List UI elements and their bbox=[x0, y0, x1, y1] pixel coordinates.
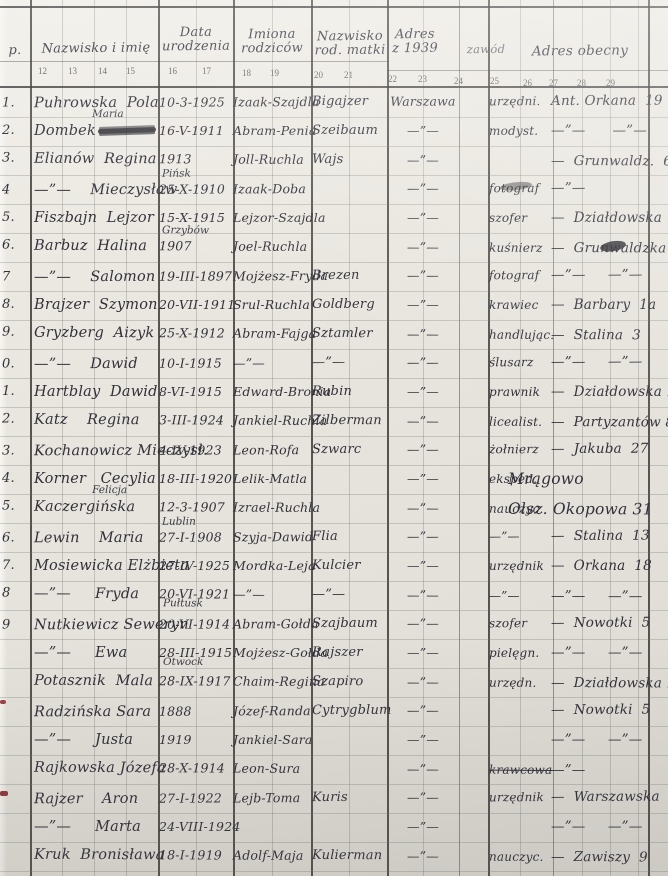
table-row: 9Nutkiewicz Seweryn20-VI-1914Abram-Gołda… bbox=[0, 609, 668, 641]
header-current-address: Adres obecny bbox=[514, 43, 646, 58]
cell-a39: —”— bbox=[388, 757, 458, 781]
table-row: 6.Barbuz Halina1907Joel-Ruchla—”—kuśnier… bbox=[0, 232, 668, 264]
cell-date: 3-III-1924 bbox=[159, 408, 224, 432]
cell-occ: urzędn. bbox=[489, 671, 537, 695]
cell-parents: Lejb-Toma bbox=[233, 786, 300, 810]
cell-num: 6. bbox=[2, 234, 15, 258]
table-row: Kruk Bronisława18-I-1919Adolf-MajaKulier… bbox=[0, 841, 668, 873]
cell-mother: Rajszer bbox=[312, 641, 363, 665]
cell-parents: Szyja-Dawid bbox=[233, 525, 313, 549]
cell-a39: —”— bbox=[388, 437, 458, 461]
cell-a39: —”— bbox=[388, 641, 458, 665]
cell-num: 3. bbox=[2, 147, 15, 171]
cell-addr: —”— —”— bbox=[551, 263, 643, 287]
cell-a39: —”— bbox=[388, 844, 458, 868]
horizontal-rule bbox=[0, 61, 388, 62]
column-number: 19 bbox=[270, 68, 279, 78]
birthplace-annotation: Grzybów bbox=[162, 224, 209, 236]
cell-mother: Kuris bbox=[312, 786, 348, 810]
cell-num: 4. bbox=[2, 467, 15, 491]
cell-parents: —”— bbox=[233, 351, 265, 375]
column-number: 23 bbox=[418, 74, 427, 84]
header-surname-name: Nazwisko i imię bbox=[34, 41, 158, 56]
cell-occ: ślusarz bbox=[489, 350, 534, 374]
table-row: 8—”— Fryda20-VI-1921—”——”——”——”——”— —”—P… bbox=[0, 580, 668, 612]
header-parents-names: Imiona rodziców bbox=[235, 28, 309, 57]
cell-occ: —”— bbox=[489, 584, 520, 608]
birthplace-annotation: Pułtusk bbox=[163, 597, 203, 609]
cell-a39: —”— bbox=[388, 554, 458, 578]
table-row: Radzińska Sara1888Józef-RandaCytrygblum—… bbox=[0, 696, 668, 728]
table-row: 7—”— Salomon19-III-1897Mojżesz-FrydaBrez… bbox=[0, 261, 668, 293]
cell-addr: — Nowotki 5 bbox=[551, 698, 651, 722]
cell-occ: urzędnik bbox=[489, 554, 544, 578]
cell-name: Rajkowska Józefa bbox=[34, 756, 166, 781]
column-number: 12 bbox=[38, 66, 47, 76]
table-row: 7.Mosiewicka Elżbieta27-IV-1925Mordka-Le… bbox=[0, 552, 668, 581]
cell-date: 25-X-1912 bbox=[159, 321, 225, 345]
cell-mother: Rubin bbox=[312, 380, 352, 404]
cell-name: Fiszbajn Lejzor bbox=[34, 206, 154, 230]
cell-mother: Szwarc bbox=[312, 438, 361, 462]
header-address-1939: Adres z 1939 bbox=[392, 28, 438, 56]
cell-mother: Kulierman bbox=[312, 844, 382, 868]
cell-a39: —”— bbox=[388, 728, 458, 752]
cell-name: Radzińska Sara bbox=[34, 700, 151, 725]
cell-date: 18-III-1920 bbox=[159, 467, 232, 491]
table-row: 5.Kaczergińska12-3-1907Izrael-Ruchla—”—n… bbox=[0, 493, 668, 525]
cell-num: 2. bbox=[2, 119, 15, 143]
cell-parents: Lejzor-Szajdla bbox=[233, 206, 326, 230]
cell-parents: Srul-Ruchla bbox=[233, 293, 310, 317]
cell-occ: prawnik bbox=[489, 380, 540, 404]
cell-addr: —”— —”— bbox=[551, 728, 642, 752]
cell-a39: —”— bbox=[388, 350, 458, 374]
table-row: 5.Fiszbajn Lejzor15-X-1915Lejzor-Szajdla… bbox=[0, 204, 668, 233]
cell-addr: — Grunwaldz. 6 bbox=[551, 149, 668, 174]
cell-name: —”— Ewa bbox=[34, 641, 127, 665]
cell-a39: —”— bbox=[388, 467, 458, 491]
cell-a39: —”— bbox=[388, 698, 458, 722]
cell-addr: — Orkana 18 bbox=[551, 554, 652, 578]
cell-parents: Adolf-Maja bbox=[233, 844, 304, 868]
cell-name: Potasznik Mala bbox=[34, 669, 153, 694]
cell-occ: krawiec bbox=[489, 293, 539, 317]
cell-date: 1888 bbox=[159, 700, 192, 724]
table-row: Rajzer Aron27-I-1922Lejb-TomaKuris—”—urz… bbox=[0, 783, 668, 815]
cell-num: 9 bbox=[2, 613, 11, 637]
cell-a39: —”— bbox=[388, 815, 458, 839]
cell-num: 8 bbox=[2, 582, 11, 606]
column-number: 14 bbox=[98, 66, 107, 76]
cell-name: Elianów Regina bbox=[34, 147, 157, 172]
cell-a39: —”— bbox=[388, 263, 458, 287]
cell-name: Kruk Bronisława bbox=[34, 843, 165, 868]
cell-occ: krawcowa bbox=[489, 758, 553, 782]
column-number: 18 bbox=[242, 68, 251, 78]
cell-name: Rajzer Aron bbox=[34, 787, 138, 811]
cell-date: 18-I-1919 bbox=[159, 843, 222, 867]
cell-mother: Bigajzer bbox=[312, 90, 368, 114]
cell-date: 1919 bbox=[159, 728, 192, 752]
cell-addr: — Jakuba 27 bbox=[551, 437, 649, 461]
cell-addr: — Działdowska 18 bbox=[551, 380, 668, 404]
cell-name: Barbuz Halina bbox=[34, 234, 147, 258]
cell-addr: —”— —”— bbox=[551, 584, 643, 608]
crossed-out-scribble bbox=[98, 127, 156, 134]
cell-parents: Mordka-Leja bbox=[233, 554, 316, 578]
cell-a39: —”— bbox=[388, 785, 458, 809]
cell-name: —”— Fryda bbox=[34, 582, 139, 606]
cell-addr: — Warszawska bbox=[551, 785, 660, 809]
cell-a39: —”— bbox=[388, 235, 458, 259]
cell-name: —”— Dawid bbox=[34, 352, 138, 376]
column-number: 24 bbox=[454, 76, 463, 86]
cell-mother: Cytrygblum bbox=[312, 699, 392, 723]
cell-parents: Izrael-Ruchla bbox=[233, 496, 320, 520]
cell-a39: —”— bbox=[388, 148, 458, 172]
cell-date: 10-I-1915 bbox=[159, 351, 222, 375]
cell-occ: modyst. bbox=[489, 119, 538, 143]
name-annotation: Felicja bbox=[92, 484, 127, 496]
cell-mother: Wajs bbox=[312, 148, 344, 172]
register-page: p. Nazwisko i imię Data urodzenia Imiona… bbox=[0, 0, 668, 876]
cell-num: 3. bbox=[2, 439, 15, 463]
cell-addr: Ant. Orkana 19 bbox=[551, 89, 663, 113]
cell-name: Gryzberg Aizyk bbox=[34, 321, 154, 346]
cell-date: 24-VIII-1924 bbox=[159, 815, 241, 839]
horizontal-rule bbox=[0, 6, 668, 8]
table-row: 2.Dombek16-V-1911Abram-PeniaSzeibaum—”—m… bbox=[0, 117, 668, 146]
cell-num: 1. bbox=[2, 380, 15, 404]
header-col-no-label: p. bbox=[2, 44, 28, 58]
cell-a39: —”— bbox=[388, 176, 458, 200]
cell-occ: szofer bbox=[489, 206, 527, 230]
cell-name: Dombek bbox=[34, 119, 96, 143]
cell-occ: żołnierz bbox=[489, 437, 539, 461]
cell-addr: — Działdowska 4 bbox=[551, 206, 668, 230]
cell-a39: —”— bbox=[388, 322, 458, 346]
cell-num: 7. bbox=[2, 554, 15, 578]
cell-occ: nauczyc. bbox=[489, 845, 544, 869]
cell-mother: Flia bbox=[312, 525, 338, 549]
cell-a39: —”— bbox=[388, 670, 458, 694]
cell-num: 2. bbox=[2, 408, 15, 432]
cell-addr: — Partyzantów 84 bbox=[551, 410, 668, 435]
cell-date: 10-3-1925 bbox=[159, 90, 225, 114]
cell-name: —”— Salomon bbox=[34, 265, 156, 290]
cell-num: 5. bbox=[2, 206, 15, 230]
cell-addr: — Nowotki 5 bbox=[551, 611, 651, 635]
table-row: —”— Marta24-VIII-1924—”——”— —”— bbox=[0, 813, 668, 842]
table-row: 6.Lewin Maria27-I-1908Szyja-DawidFlia—”—… bbox=[0, 522, 668, 554]
cell-parents: Izaak-Doba bbox=[233, 177, 306, 201]
cell-mother: Szajbaum bbox=[312, 612, 378, 636]
cell-date: 8-VI-1915 bbox=[159, 380, 222, 404]
cell-addr: —”— —”— bbox=[551, 815, 642, 839]
cell-date: 20-VII-1911 bbox=[159, 293, 235, 317]
cell-mother: Sztamler bbox=[312, 322, 373, 346]
cell-name: Kaczergińska bbox=[34, 495, 135, 519]
cell-num: 6. bbox=[2, 526, 15, 550]
cell-occ: urzędni. bbox=[489, 89, 541, 113]
cell-occ: kuśnierz bbox=[489, 236, 543, 260]
cell-occ: —”— bbox=[489, 524, 520, 548]
cell-mother: Kulcier bbox=[312, 554, 361, 578]
column-number: 17 bbox=[202, 66, 211, 76]
cell-addr: Mrągowo bbox=[508, 467, 666, 491]
cell-a39: —”— bbox=[388, 496, 458, 520]
table-row: 0.—”— Dawid10-I-1915—”——”——”—ślusarz—”— … bbox=[0, 348, 668, 380]
column-number: 20 bbox=[314, 70, 323, 80]
table-row: —”— Ewa28-III-1915Mojżesz-GołdaRajszer—”… bbox=[0, 639, 668, 668]
cell-mother: Szapiro bbox=[312, 670, 364, 694]
cell-parents: Joel-Ruchla bbox=[233, 235, 307, 259]
birthplace-annotation: Otwock bbox=[163, 656, 203, 668]
red-ink-mark bbox=[0, 791, 8, 796]
horizontal-rule bbox=[388, 70, 668, 71]
table-row: 4—”— Mieczysław25-X-1910Izaak-Doba—”—fot… bbox=[0, 174, 668, 206]
red-ink-mark bbox=[0, 700, 6, 704]
cell-addr: —”— bbox=[551, 176, 586, 200]
table-row: 8.Brajzer Szymon20-VII-1911Srul-RuchlaGo… bbox=[0, 291, 668, 320]
cell-parents: Joll-Ruchla bbox=[233, 148, 304, 172]
cell-addr: — Stalina 13 bbox=[551, 524, 650, 548]
cell-occ: handlując. bbox=[489, 323, 554, 347]
table-row: Potasznik Mala28-IX-1917Chaim-ReginaSzap… bbox=[0, 667, 668, 699]
cell-occ: pielęgn. bbox=[489, 641, 539, 665]
cell-mother: —”— bbox=[312, 351, 345, 375]
header-mother-surname: Nazwisko rod. matki bbox=[312, 30, 388, 59]
cell-date: 1907 bbox=[159, 234, 192, 258]
cell-num: 7 bbox=[2, 265, 11, 289]
birthplace-annotation: Lublin bbox=[162, 516, 196, 528]
cell-addr: — Działdowska 14 bbox=[551, 671, 668, 696]
cell-name: —”— Marta bbox=[34, 815, 141, 839]
cell-a39: —”— bbox=[388, 293, 458, 317]
cell-date: 27-I-1908 bbox=[159, 525, 222, 549]
cell-parents: Leon-Sura bbox=[233, 757, 300, 781]
cell-name: Lewin Maria bbox=[34, 526, 144, 550]
cell-a39: Warszawa bbox=[388, 89, 458, 113]
cell-addr: —”— bbox=[551, 758, 586, 782]
cell-num: 4 bbox=[2, 178, 11, 202]
cell-a39: —”— bbox=[388, 206, 458, 230]
name-annotation: Maria bbox=[92, 108, 124, 120]
cell-addr: Olsz. Okopowa 31 bbox=[508, 497, 666, 522]
cell-parents: Lelik-Matla bbox=[233, 467, 307, 491]
cell-addr: —”— —”— bbox=[551, 350, 643, 374]
cell-num: 1. bbox=[2, 91, 15, 115]
column-number: 15 bbox=[126, 66, 135, 76]
cell-name: Katz Regina bbox=[34, 408, 140, 432]
cell-parents: Józef-Randa bbox=[233, 699, 311, 723]
cell-date: 19-III-1897 bbox=[159, 264, 232, 288]
cell-addr: — Stalina 3 bbox=[551, 323, 641, 347]
cell-date: 20-VI-1914 bbox=[159, 612, 230, 636]
cell-name: Brajzer Szymon bbox=[34, 293, 158, 317]
cell-mother: Goldberg bbox=[312, 293, 375, 317]
cell-date: 28-X-1914 bbox=[159, 756, 225, 780]
cell-a39: —”— bbox=[388, 409, 458, 433]
table-row: Rajkowska Józefa28-X-1914Leon-Sura—”—kra… bbox=[0, 754, 668, 786]
cell-num: 8. bbox=[2, 293, 15, 317]
column-number: 25 bbox=[490, 76, 499, 86]
cell-mother: Zilberman bbox=[312, 409, 382, 433]
cell-addr: — Zawiszy 9 bbox=[551, 845, 648, 869]
column-number: 13 bbox=[68, 66, 77, 76]
cell-a39: —”— bbox=[388, 119, 458, 143]
table-row: 3.Kochanowicz Mieczysł.4-IV-1923Leon-Rof… bbox=[0, 435, 668, 467]
table-row: —”— Justa1919Jankiel-Sara—”——”— —”— bbox=[0, 726, 668, 755]
cell-occ: licealist. bbox=[489, 410, 542, 434]
cell-date: 28-IX-1917 bbox=[159, 669, 231, 693]
cell-a39: —”— bbox=[388, 380, 458, 404]
column-number: 16 bbox=[168, 66, 177, 76]
table-row: 9.Gryzberg Aizyk25-X-1912Abram-FajgaSzta… bbox=[0, 319, 668, 351]
cell-date: 25-X-1910 bbox=[159, 177, 225, 201]
cell-date: 27-IV-1925 bbox=[159, 554, 230, 578]
cell-parents: Abram-Penia bbox=[233, 119, 316, 143]
cell-mother: Brezen bbox=[312, 264, 360, 288]
table-row: 2.Katz Regina3-III-1924Jankiel-RuchlaZil… bbox=[0, 406, 668, 438]
header-occupation: zawód bbox=[462, 42, 510, 57]
cell-a39: —”— bbox=[388, 583, 458, 607]
cell-num: 0. bbox=[2, 352, 15, 376]
cell-addr: —”— —”— bbox=[551, 641, 642, 665]
cell-date: 16-V-1911 bbox=[159, 119, 224, 143]
birthplace-annotation: Pińsk bbox=[162, 168, 191, 180]
cell-name: —”— Mieczysław bbox=[34, 178, 178, 203]
cell-addr: — Barbary 1a bbox=[551, 293, 656, 317]
table-row: 1.Hartblay Dawid8-VI-1915Edward-BroniaRu… bbox=[0, 378, 668, 407]
cell-addr: —”— —”— bbox=[551, 119, 647, 143]
column-number: 21 bbox=[344, 70, 353, 80]
cell-name: —”— Justa bbox=[34, 728, 133, 752]
cell-mother: Szeibaum bbox=[312, 119, 378, 143]
cell-parents: —”— bbox=[233, 583, 265, 607]
cell-parents: Jankiel-Sara bbox=[233, 728, 313, 752]
cell-mother: —”— bbox=[312, 583, 345, 607]
cell-name: Hartblay Dawid bbox=[34, 380, 158, 404]
cell-parents: Leon-Rofa bbox=[233, 438, 299, 462]
cell-date: 27-I-1922 bbox=[159, 786, 222, 810]
cell-parents: Abram-Gołda bbox=[233, 612, 319, 636]
cell-num: 5. bbox=[2, 495, 15, 519]
cell-date: 4-IV-1923 bbox=[159, 438, 222, 462]
cell-num: 9. bbox=[2, 321, 15, 345]
cell-occ: fotograf bbox=[489, 263, 539, 287]
cell-parents: Abram-Fajga bbox=[233, 322, 316, 346]
column-number: 22 bbox=[388, 74, 397, 84]
cell-occ: szofer bbox=[489, 611, 527, 635]
table-row: 3.Elianów Regina1913Joll-RuchlaWajs—”—— … bbox=[0, 145, 668, 177]
cell-a39: —”— bbox=[388, 611, 458, 635]
cell-a39: —”— bbox=[388, 524, 458, 548]
header-birth-date: Data urodzenia bbox=[160, 26, 232, 55]
cell-occ: urzędnik bbox=[489, 785, 544, 809]
cell-parents: Izaak-Szajdla bbox=[233, 90, 320, 114]
